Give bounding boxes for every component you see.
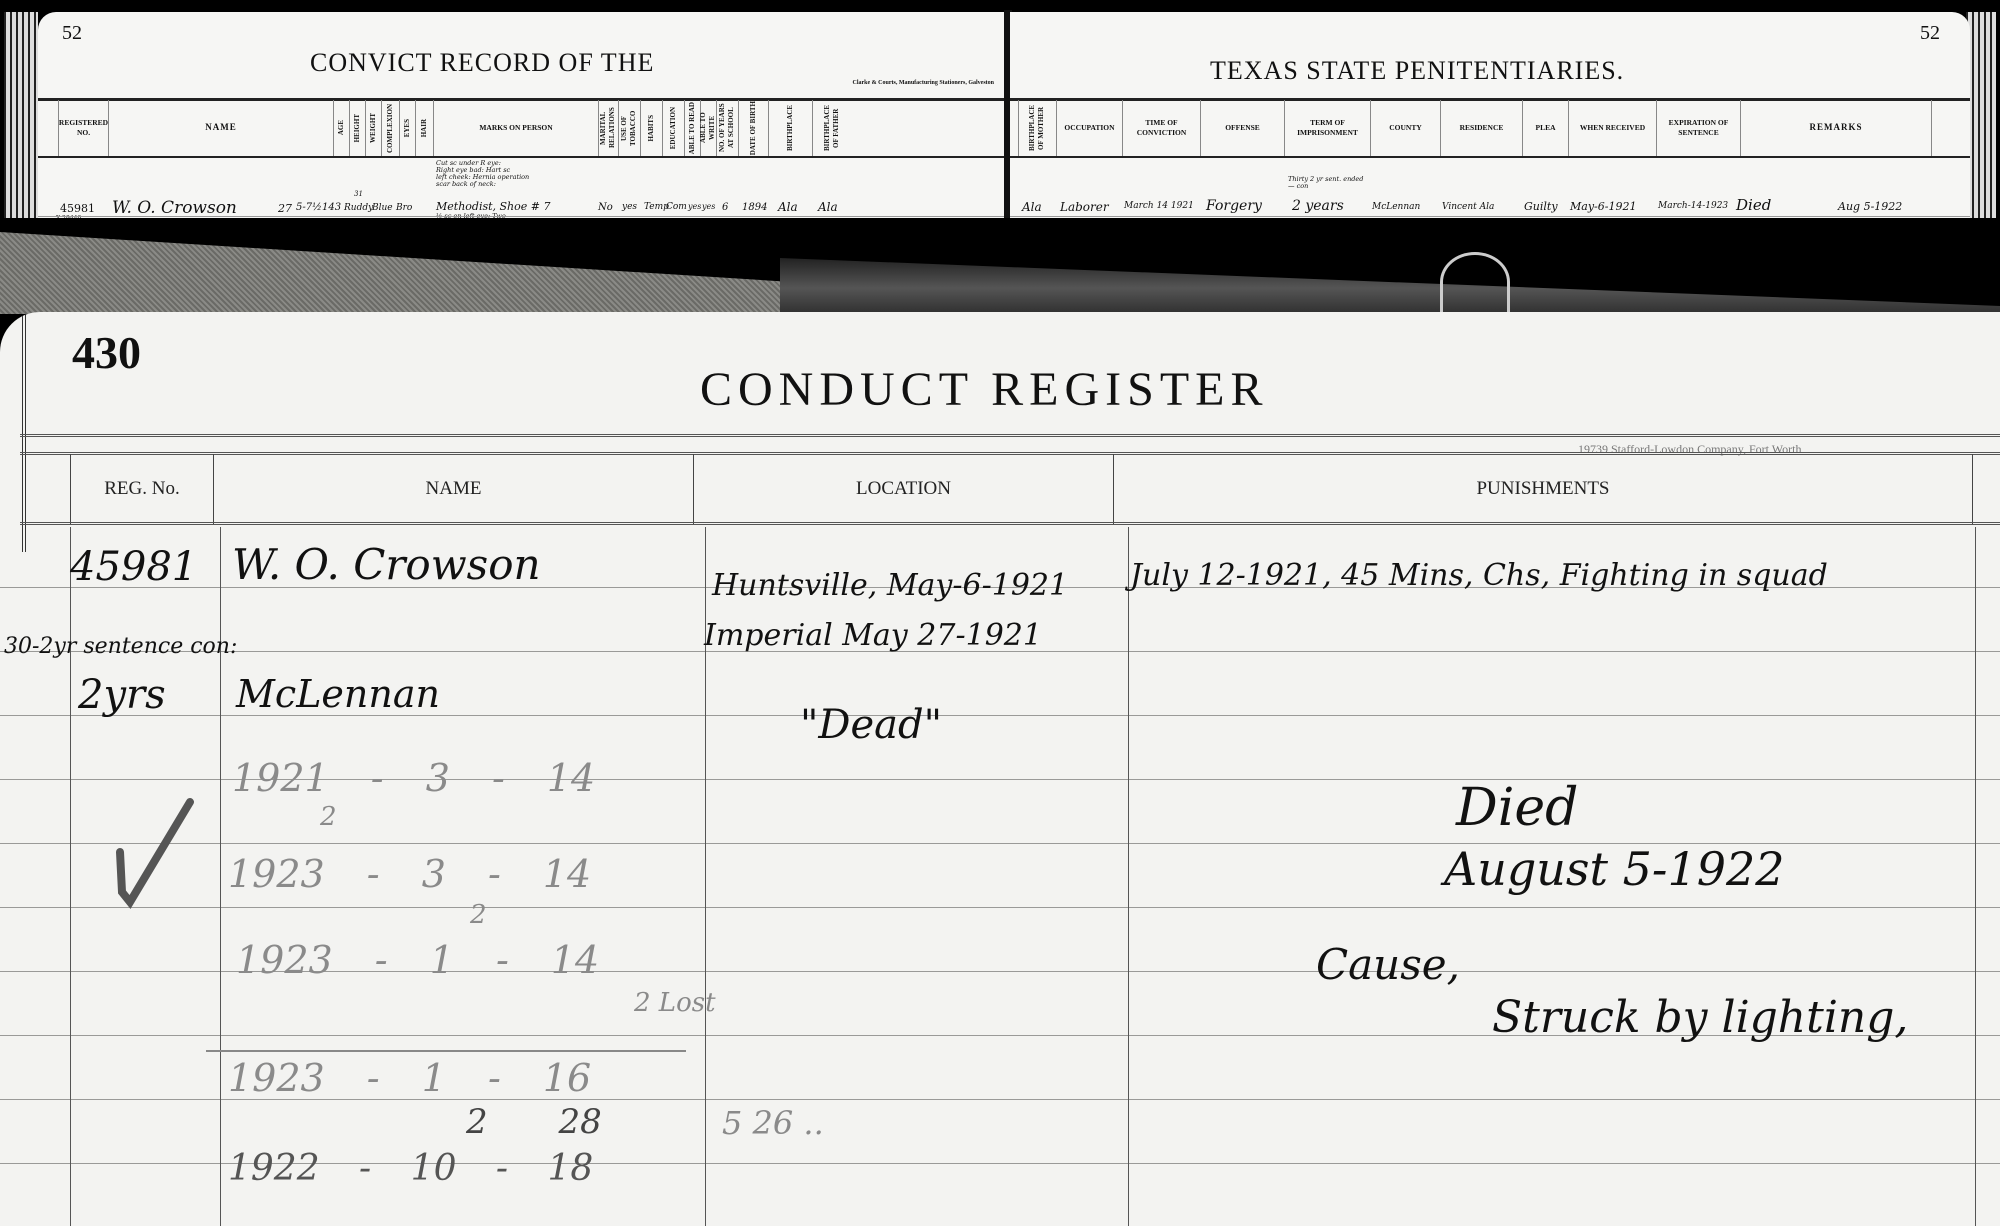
date-calc-7: 1923 - 1 - 16: [228, 1056, 591, 1100]
entry-education: Com: [666, 202, 687, 212]
col-education: Education: [662, 100, 684, 156]
register-page-number: 430: [72, 326, 141, 379]
entry-baseline: [38, 216, 1006, 217]
col-expiration: EXPIRATION OF SENTENCE: [1656, 100, 1740, 156]
col-age: Age: [333, 100, 349, 156]
date-calc-3: 1923 - 3 - 14: [228, 852, 591, 896]
location-3: "Dead": [800, 702, 942, 748]
register-name: W. O. Crowson: [232, 540, 541, 589]
col-birthplace: Birthplace: [768, 100, 812, 156]
entry-hair: Bro: [396, 203, 412, 213]
publisher-note: Clarke & Courts, Manufacturing Stationer…: [853, 80, 995, 86]
punishment-entry: July 12-1921, 45 Mins, Chs, Fighting in …: [1130, 558, 1828, 593]
header-bottom-rule-right: [1010, 156, 1970, 158]
col-eyes: Eyes: [399, 100, 415, 156]
cause-label: Cause,: [1316, 940, 1460, 989]
entry-tobacco: yes: [622, 202, 637, 212]
register-county: McLennan: [236, 672, 440, 716]
entry-birthplace-mother: Ala: [1022, 200, 1042, 214]
entry-years-school: 6: [722, 202, 728, 213]
sum-line: [206, 1050, 686, 1052]
date-calc-6: 2 Lost: [634, 988, 716, 1018]
entry-remarks-date: Aug 5-1922: [1838, 200, 1902, 213]
entry-name: W. O. Crowson: [112, 198, 237, 218]
col-marks-on-person: MARKS ON PERSON: [433, 100, 598, 156]
col-name: NAME: [108, 100, 333, 156]
cloth-binding: [0, 232, 780, 314]
loose-thread: [1440, 252, 1510, 312]
col-when-received: WHEN RECEIVED: [1568, 100, 1656, 156]
col-registered-no: Registered No.: [58, 100, 108, 156]
col-able-read: Able to Read: [684, 100, 700, 156]
location-pencil-note: 5 26 ..: [722, 1104, 824, 1142]
page-edges-left: [4, 12, 38, 218]
register-sentence-note: 30-2yr sentence con:: [4, 634, 237, 659]
convict-record-left-page: 52 CONVICT RECORD OF THE Clarke & Courts…: [38, 12, 1006, 218]
entry-offense: Forgery: [1206, 198, 1262, 214]
ledger-title-right: TEXAS STATE PENITENTIARIES.: [1210, 56, 1624, 86]
col-divider-1: [70, 527, 71, 1226]
page-curl-edge: [0, 312, 26, 552]
entry-age: 27: [278, 202, 292, 215]
register-reg-no: 45981: [70, 544, 197, 590]
entry-birthplace: Ala: [778, 200, 798, 214]
entry-reg-no: 45981: [60, 202, 95, 215]
col-hair: Hair: [415, 100, 433, 156]
date-calc-8: 2 28: [466, 1102, 602, 1142]
col-complexion: Complexion: [381, 100, 399, 156]
col-county: COUNTY: [1370, 100, 1440, 156]
header-location: LOCATION: [693, 454, 1113, 524]
entry-birthplace-father: Ala: [818, 200, 838, 214]
conduct-register-page: 430 CONDUCT REGISTER 19739 Stafford-Lowd…: [0, 312, 2000, 1226]
entry-marks-4: scar back of neck:: [436, 181, 496, 188]
col-occupation: OCCUPATION: [1056, 100, 1122, 156]
col-divider-4: [1128, 527, 1129, 1226]
header-reg-no: REG. No.: [70, 454, 213, 524]
column-headers-right: Birthplace of Mother OCCUPATION TIME OF …: [1010, 100, 1970, 156]
entry-time-of-conviction: March 14 1921: [1124, 201, 1194, 211]
col-divider-5: [1975, 527, 1976, 1226]
entry-weight: 143: [322, 202, 341, 213]
entry-remarks: Died: [1736, 196, 1771, 214]
header-name: NAME: [213, 454, 693, 524]
col-weight: Weight: [365, 100, 381, 156]
worn-spine: [780, 258, 2000, 318]
entry-complexion-note: 31: [354, 190, 363, 198]
col-years-school: No. of Years at School: [716, 100, 738, 156]
entry-marital: No: [598, 202, 613, 213]
convict-record-right-page: 52 TEXAS STATE PENITENTIARIES. Birthplac…: [1010, 12, 1970, 218]
ledger-title-left: CONVICT RECORD OF THE: [310, 48, 654, 78]
location-1: Huntsville, May-6-1921: [712, 568, 1068, 603]
col-divider-2: [220, 527, 221, 1226]
entry-term: 2 years: [1292, 198, 1344, 214]
column-headers-left: Registered No. NAME Age Height Weight Co…: [38, 100, 1006, 156]
cause-of-death: Struck by lighting,: [1492, 992, 1908, 1043]
col-residence: RESIDENCE: [1440, 100, 1522, 156]
death-date: August 5-1922: [1444, 842, 1785, 896]
col-able-write: Able to Write: [700, 100, 716, 156]
col-marital: Marital Relations: [598, 100, 618, 156]
entry-occupation: Laborer: [1060, 200, 1109, 214]
entry-complexion: Ruddy: [344, 203, 373, 213]
page-number-right: 52: [1920, 22, 1940, 45]
date-calc-1: 1921 - 3 - 14: [232, 756, 595, 800]
header-punishments: PUNISHMENTS: [1113, 454, 1973, 524]
entry-when-received: May-6-1921: [1570, 200, 1636, 213]
location-2: Imperial May 27-1921: [704, 618, 1042, 653]
entry-height: 5-7½: [296, 202, 322, 213]
col-remarks: REMARKS: [1740, 100, 1932, 156]
entry-residence: Vincent Ala: [1442, 202, 1494, 212]
date-calc-9: 1922 - 10 - 18: [228, 1148, 593, 1189]
entry-expiration: March-14-1923: [1658, 201, 1728, 211]
col-plea: PLEA: [1522, 100, 1568, 156]
entry-plea: Guilty: [1524, 200, 1558, 213]
entry-term-note: Thirty 2 yr sent. ended — con: [1288, 176, 1368, 190]
register-term: 2yrs: [78, 672, 166, 718]
page-edges-right: [1966, 12, 1996, 218]
convict-record-strip: 52 CONVICT RECORD OF THE Clarke & Courts…: [0, 0, 2000, 218]
col-birthplace-father: Birthplace of Father: [812, 100, 852, 156]
page-number-left: 52: [62, 22, 82, 45]
register-title: CONDUCT REGISTER: [700, 362, 1268, 417]
header-bottom-rule: [38, 156, 1006, 158]
title-rule: [20, 434, 2000, 437]
convict-entry-left: 45981 X 29440 W. O. Crowson 27 5-7½ 143 …: [38, 160, 1006, 218]
col-time-of-conviction: TIME OF CONVICTION: [1122, 100, 1200, 156]
date-calc-5: 1923 - 1 - 14: [236, 938, 599, 982]
col-date-of-birth: Date of Birth: [738, 100, 768, 156]
entry-read: yes: [688, 202, 701, 211]
date-calc-2: 2: [320, 802, 337, 832]
entry-county: McLennan: [1372, 202, 1420, 212]
col-habits: Habits: [640, 100, 662, 156]
entry-write: yes: [702, 202, 715, 211]
entry-baseline-right: [1010, 216, 1970, 217]
col-birthplace-mother: Birthplace of Mother: [1018, 100, 1056, 156]
entry-dob: 1894: [742, 202, 767, 213]
col-term: TERM OF IMPRISONMENT: [1284, 100, 1370, 156]
col-height: Height: [349, 100, 365, 156]
convict-entry-right: Ala Laborer March 14 1921 Forgery Thirty…: [1010, 160, 1970, 218]
date-calc-4: 2: [470, 900, 487, 930]
death-heading: Died: [1456, 778, 1578, 838]
checkmark-icon: [110, 792, 200, 922]
col-offense: OFFENSE: [1200, 100, 1284, 156]
entry-eyes: Blue: [372, 203, 393, 213]
col-tobacco: Use of Tobacco: [618, 100, 640, 156]
